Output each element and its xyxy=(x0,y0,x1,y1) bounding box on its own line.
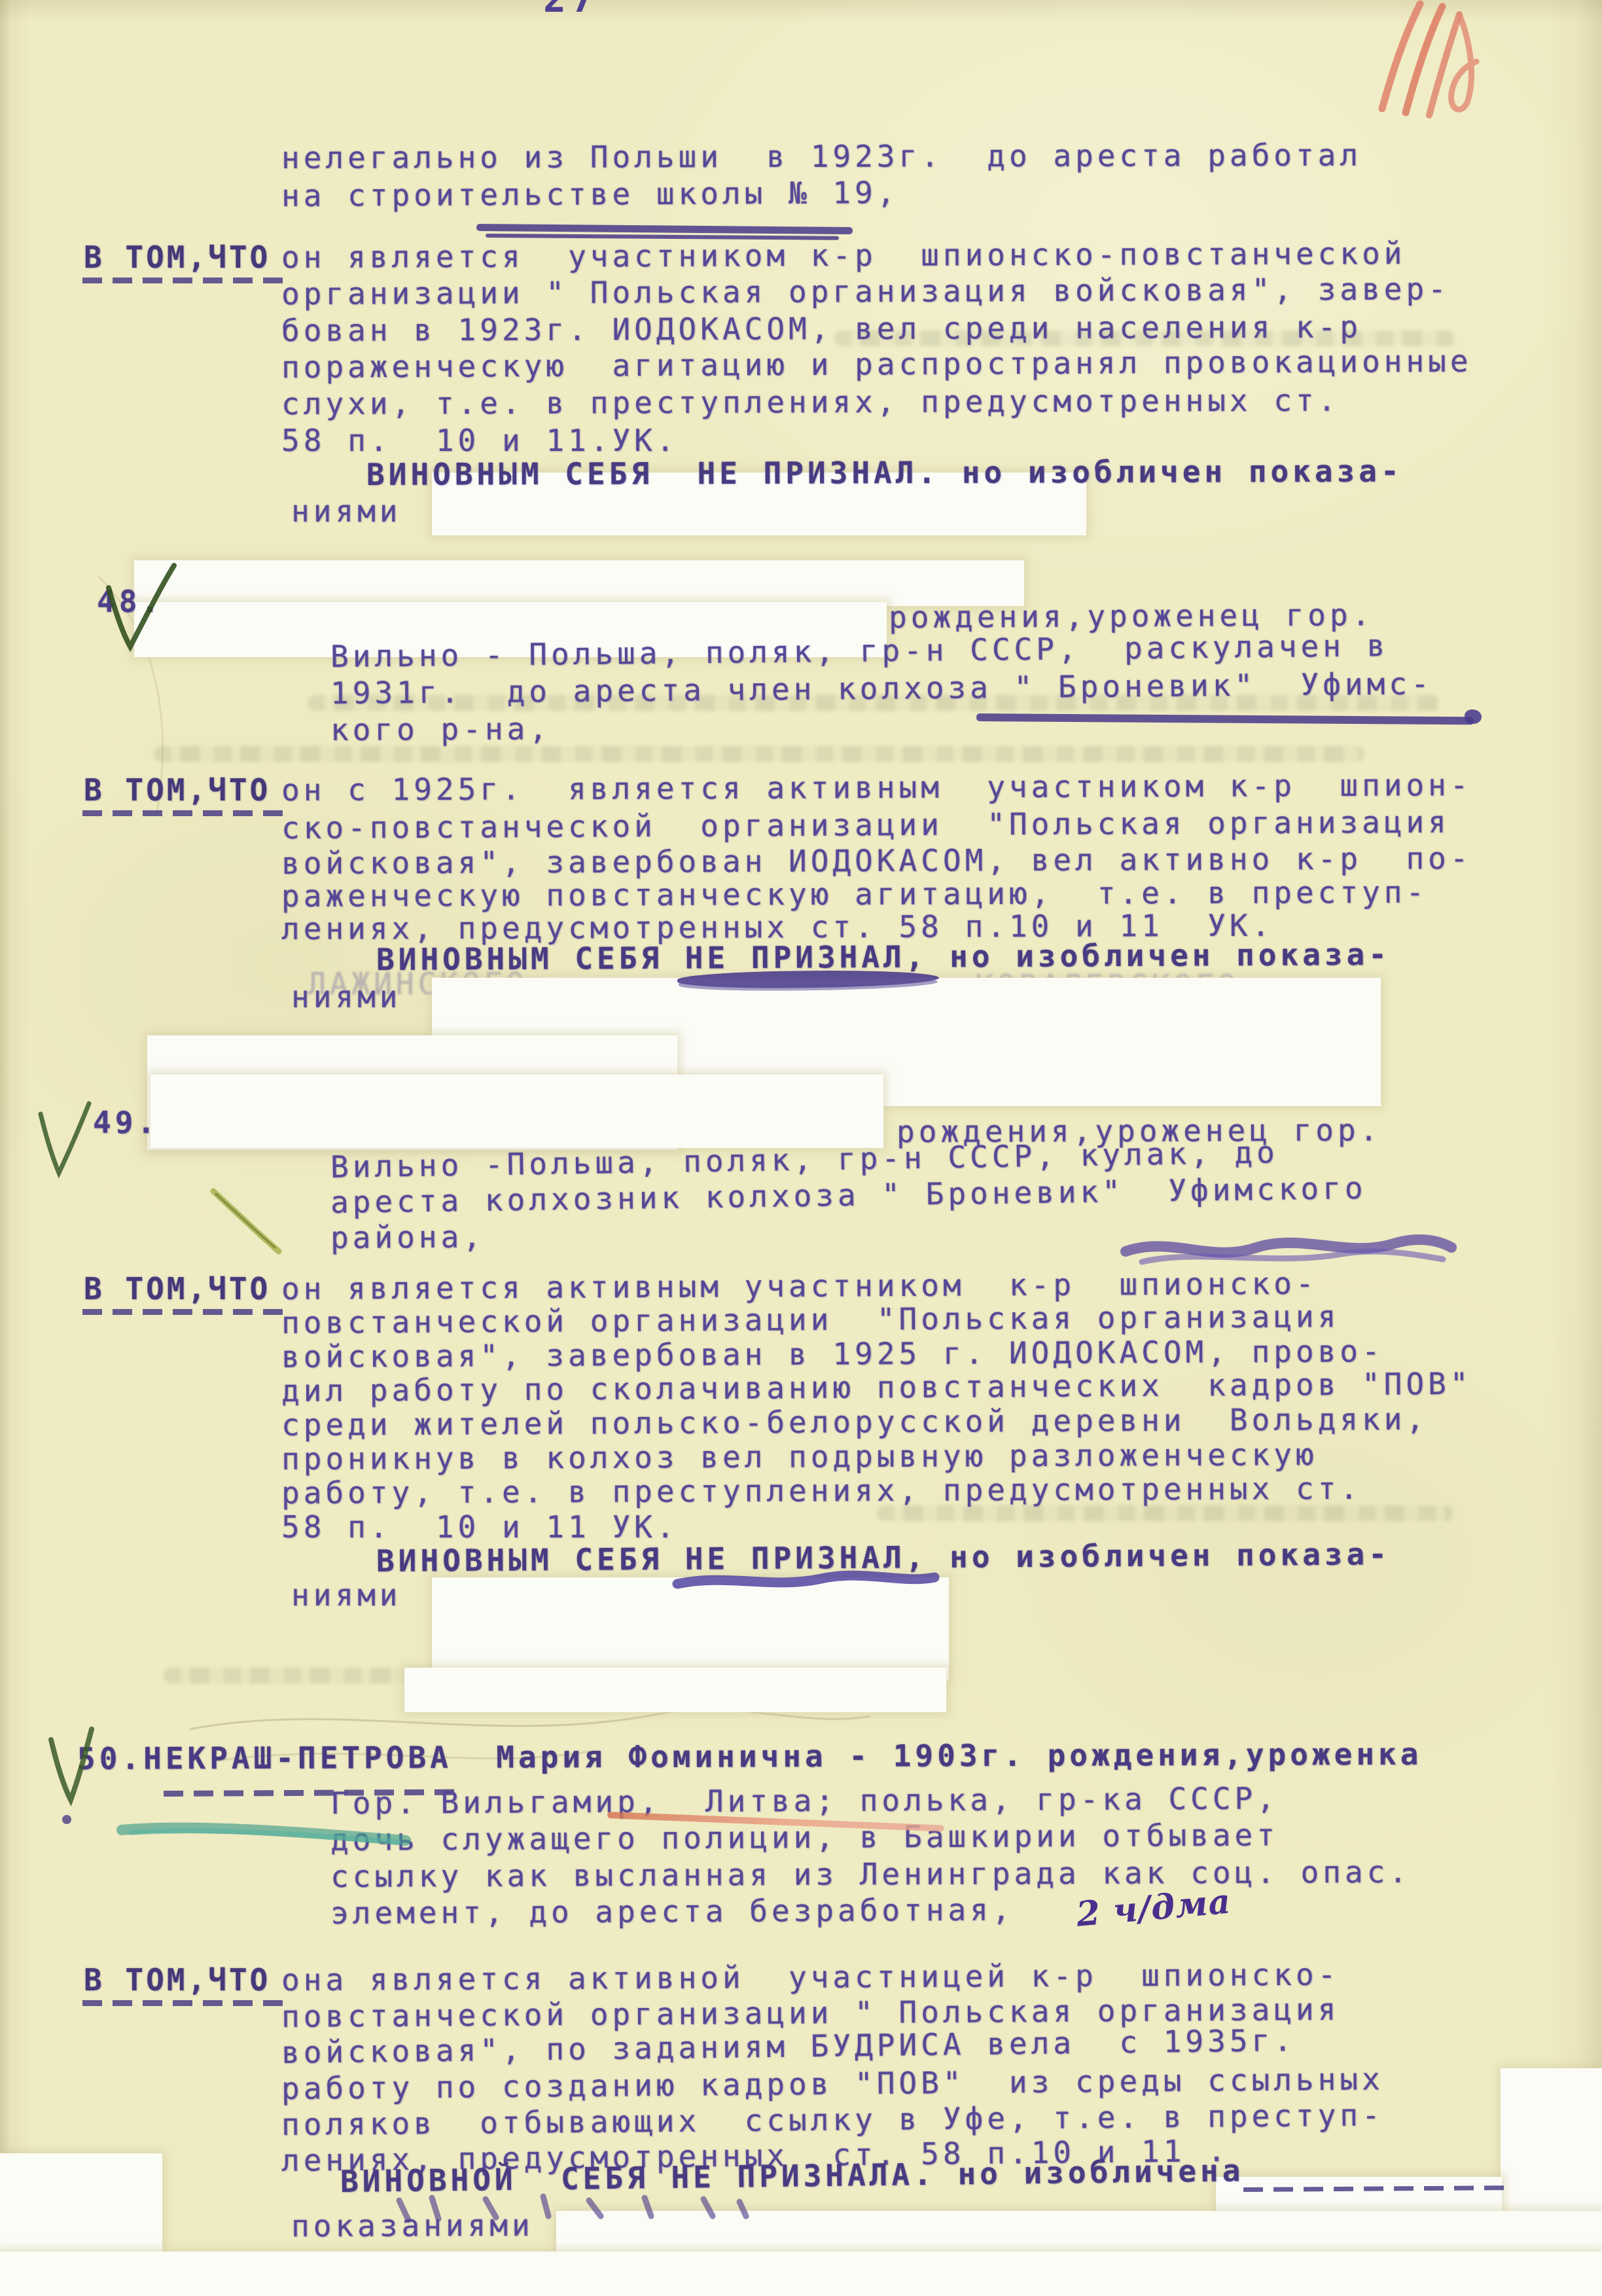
scanned-document-page: ЛАЖИНСКОГО КОВАЛЕВСКОГО 27 нелегально из… xyxy=(0,0,1602,2296)
red-pencil-scribble xyxy=(0,0,1602,2296)
